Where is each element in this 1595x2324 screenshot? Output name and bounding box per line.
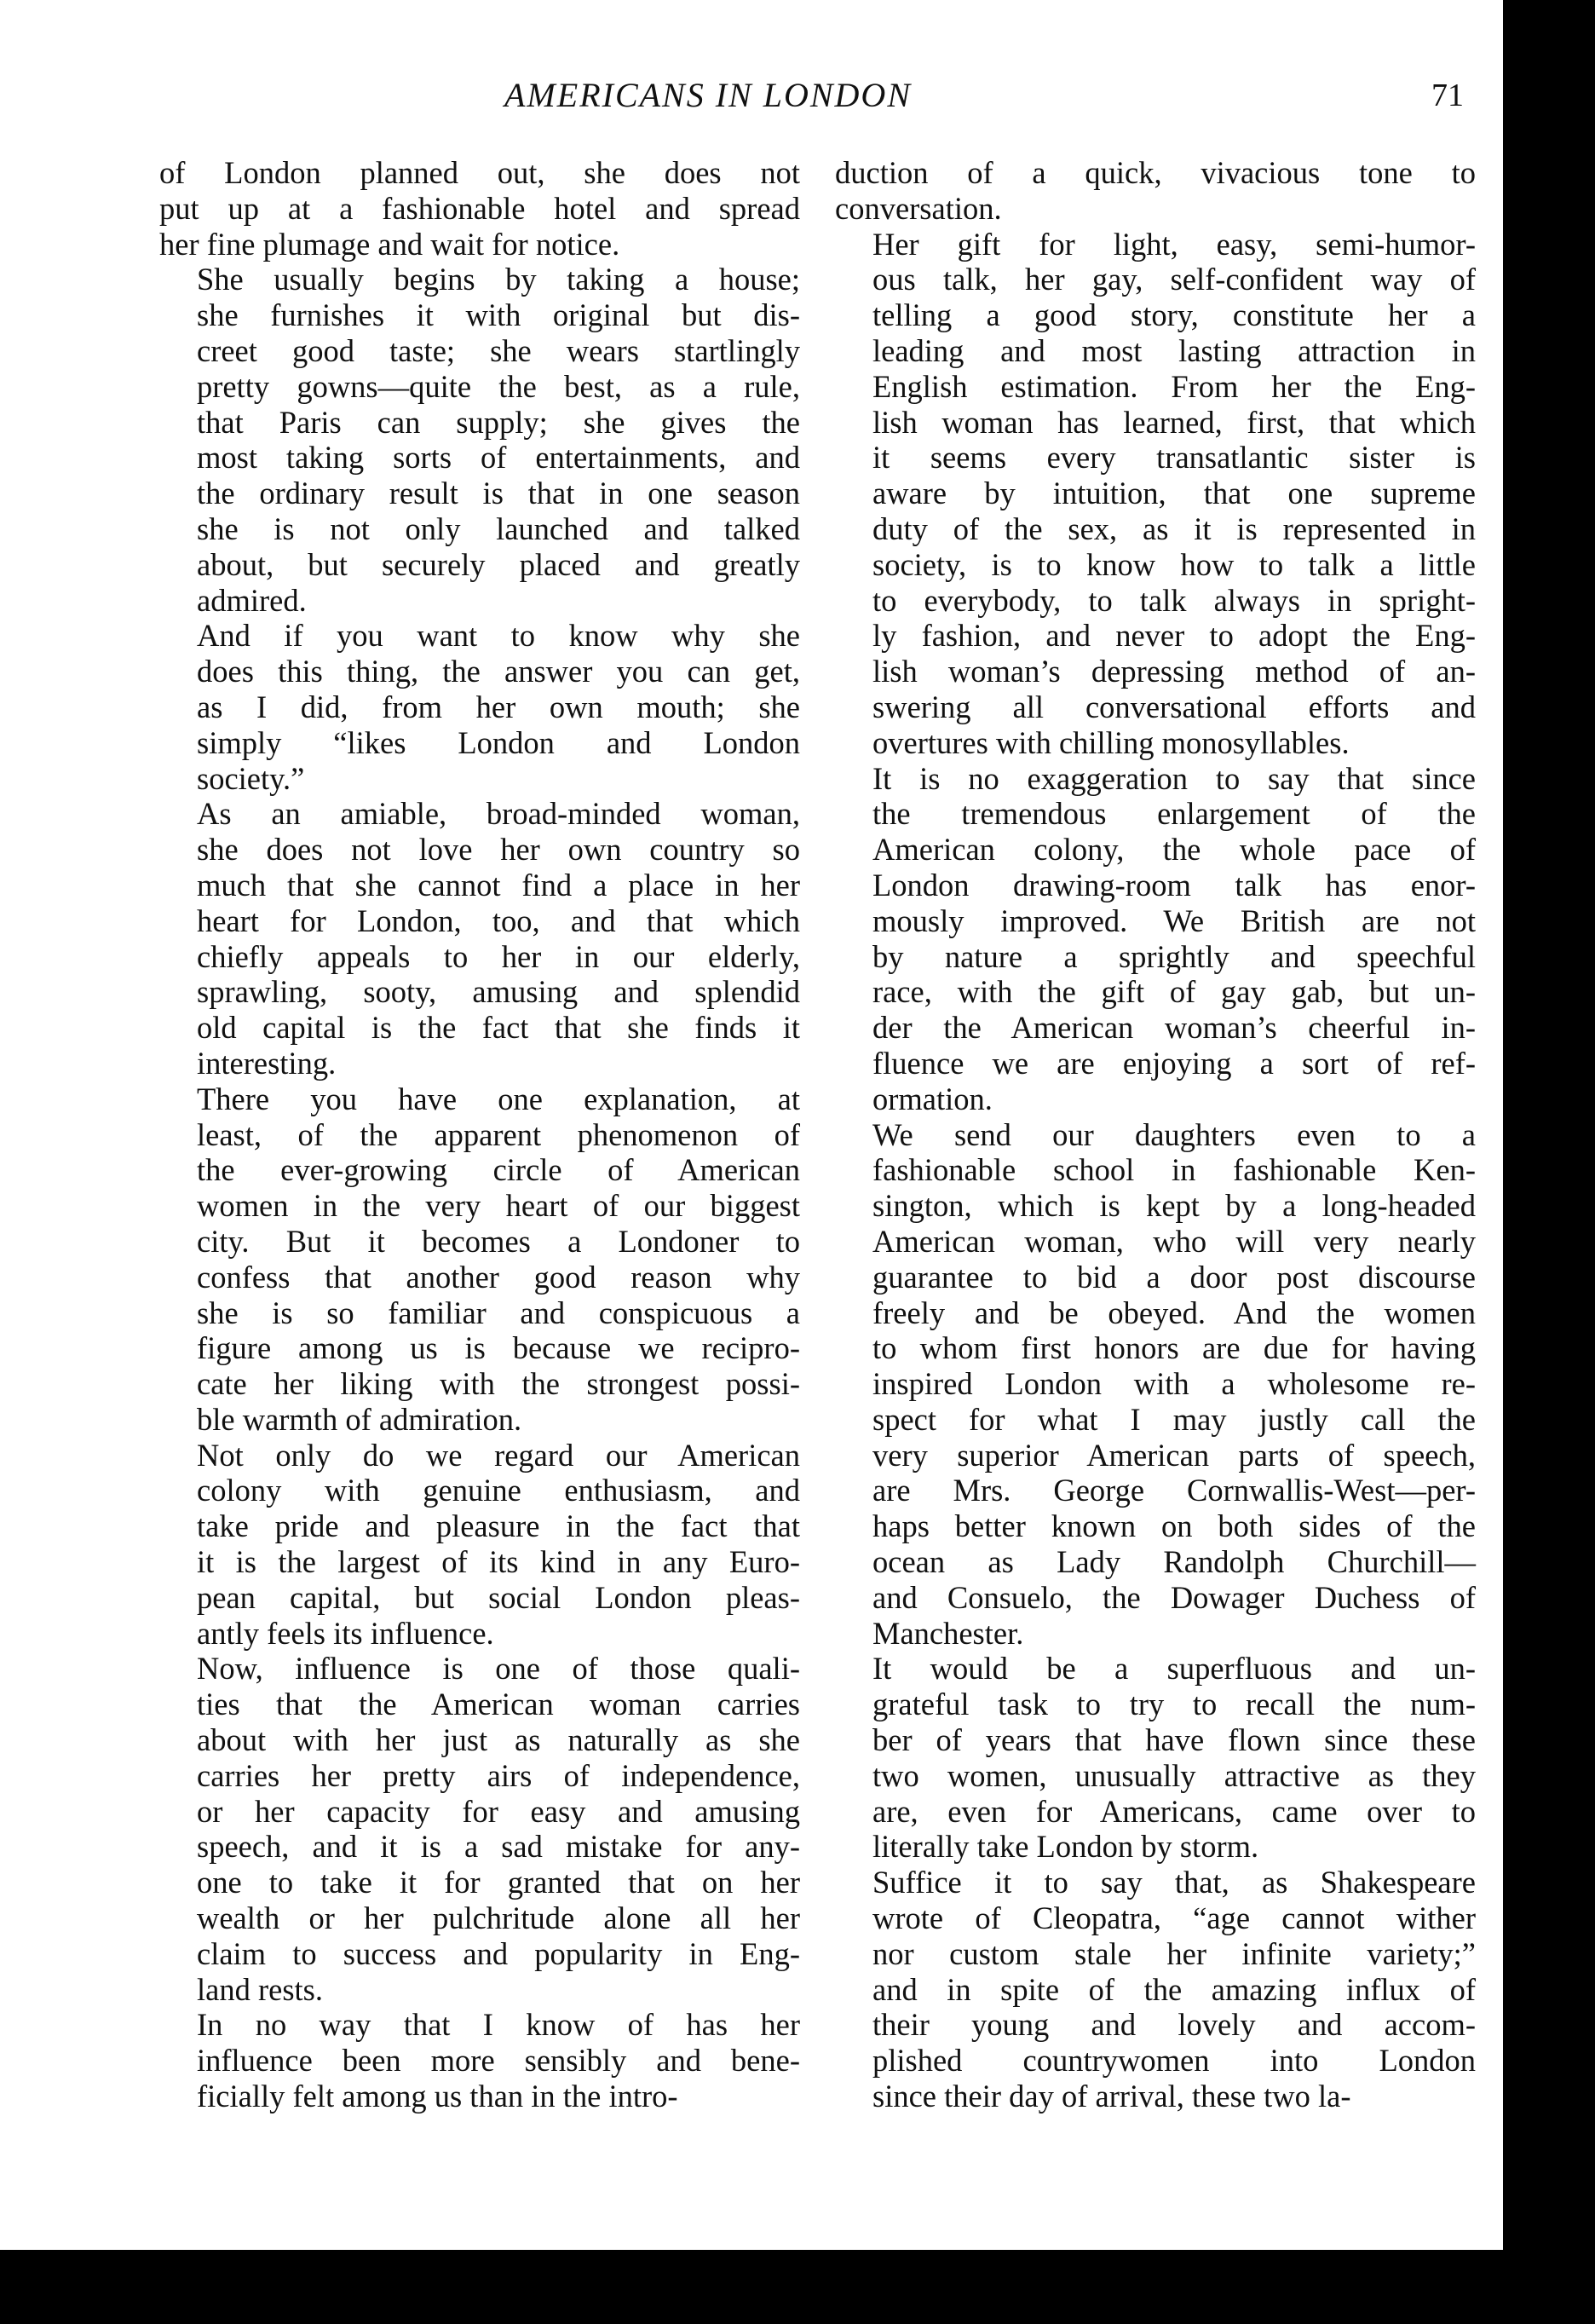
text-line: city. But it becomes a Londoner to <box>159 1224 800 1260</box>
paragraph: Her gift for light, easy, semi-humor-ous… <box>835 227 1476 761</box>
text-line: pretty gowns—quite the best, as a rule, <box>159 369 800 405</box>
text-line: wrote of Cleopatra, “age cannot wither <box>835 1900 1476 1936</box>
paragraph: There you have one explanation, atleast,… <box>159 1081 800 1438</box>
text-line: confess that another good reason why <box>159 1260 800 1295</box>
text-line: freely and be obeyed. And the women <box>835 1295 1476 1331</box>
text-line: much that she cannot find a place in her <box>159 868 800 903</box>
text-line: heart for London, too, and that which <box>159 903 800 939</box>
left-text-column: of London planned out, she does notput u… <box>159 155 800 2114</box>
text-line: very superior American parts of speech, <box>835 1438 1476 1473</box>
text-line: society, is to know how to talk a little <box>835 547 1476 583</box>
text-line: it is the largest of its kind in any Eur… <box>159 1544 800 1580</box>
text-line: take pride and pleasure in the fact that <box>159 1508 800 1544</box>
paragraph: As an amiable, broad-minded woman,she do… <box>159 796 800 1081</box>
text-line: as I did, from her own mouth; she <box>159 689 800 725</box>
page-number: 71 <box>1431 77 1464 114</box>
text-line: chiefly appeals to her in our elderly, <box>159 939 800 975</box>
text-line: English estimation. From her the Eng- <box>835 369 1476 405</box>
text-line: American woman, who will very nearly <box>835 1224 1476 1260</box>
text-line: wealth or her pulchritude alone all her <box>159 1900 800 1936</box>
text-line: ous talk, her gay, self-confident way of <box>835 262 1476 297</box>
paragraph: of London planned out, she does notput u… <box>159 155 800 262</box>
text-line: of London planned out, she does not <box>159 155 800 191</box>
text-line: she is not only launched and talked <box>159 511 800 547</box>
text-line: carries her pretty airs of independence, <box>159 1758 800 1794</box>
text-line: the ordinary result is that in one seaso… <box>159 476 800 511</box>
text-line: to everybody, to talk always in spright- <box>835 583 1476 619</box>
text-line: ber of years that have flown since these <box>835 1722 1476 1758</box>
text-line: There you have one explanation, at <box>159 1081 800 1117</box>
text-line: sprawling, sooty, amusing and splendid <box>159 974 800 1010</box>
text-line: American colony, the whole pace of <box>835 832 1476 868</box>
text-line: lish woman’s depressing method of an- <box>835 654 1476 689</box>
text-line: ties that the American woman carries <box>159 1687 800 1722</box>
text-line: it seems every transatlantic sister is <box>835 440 1476 476</box>
text-line: mously improved. We British are not <box>835 903 1476 939</box>
text-line: Now, influence is one of those quali- <box>159 1651 800 1687</box>
text-line: the ever-growing circle of American <box>159 1152 800 1188</box>
text-line: In no way that I know of has her <box>159 2007 800 2043</box>
text-line: ormation. <box>835 1081 1476 1117</box>
paragraph: In no way that I know of has herinfluenc… <box>159 2007 800 2114</box>
text-line: Manchester. <box>835 1616 1476 1652</box>
text-line: or her capacity for easy and amusing <box>159 1794 800 1830</box>
text-line: about, but securely placed and greatly <box>159 547 800 583</box>
text-line: sington, which is kept by a long-headed <box>835 1188 1476 1224</box>
text-line: plished countrywomen into London <box>835 2043 1476 2079</box>
running-header: AMERICANS IN LONDON 71 <box>0 75 1503 126</box>
paragraph: Not only do we regard our Americancolony… <box>159 1438 800 1652</box>
text-line: telling a good story, constitute her a <box>835 297 1476 333</box>
text-line: about with her just as naturally as she <box>159 1722 800 1758</box>
text-line: claim to success and popularity in Eng- <box>159 1936 800 1972</box>
text-line: does this thing, the answer you can get, <box>159 654 800 689</box>
text-line: Her gift for light, easy, semi-humor- <box>835 227 1476 262</box>
text-line: haps better known on both sides of the <box>835 1508 1476 1544</box>
text-line: fluence we are enjoying a sort of ref- <box>835 1046 1476 1081</box>
text-line: and in spite of the amazing influx of <box>835 1972 1476 2008</box>
text-line: antly feels its influence. <box>159 1616 800 1652</box>
text-line: We send our daughters even to a <box>835 1117 1476 1153</box>
text-line: her fine plumage and wait for notice. <box>159 227 800 262</box>
text-line: most taking sorts of entertainments, and <box>159 440 800 476</box>
paragraph: And if you want to know why shedoes this… <box>159 618 800 796</box>
text-line: spect for what I may justly call the <box>835 1402 1476 1438</box>
text-line: conversation. <box>835 191 1476 227</box>
text-line: influence been more sensibly and bene- <box>159 2043 800 2079</box>
text-line: ocean as Lady Randolph Churchill— <box>835 1544 1476 1580</box>
text-line: swering all conversational efforts and <box>835 689 1476 725</box>
text-line: ficially felt among us than in the intro… <box>159 2079 800 2114</box>
text-line: literally take London by storm. <box>835 1829 1476 1865</box>
text-line: are Mrs. George Cornwallis-West—per- <box>835 1473 1476 1508</box>
text-line: fashionable school in fashionable Ken- <box>835 1152 1476 1188</box>
text-line: aware by intuition, that one supreme <box>835 476 1476 511</box>
text-line: land rests. <box>159 1972 800 2008</box>
text-line: As an amiable, broad-minded woman, <box>159 796 800 832</box>
text-line: are, even for Americans, came over to <box>835 1794 1476 1830</box>
paragraph: It is no exaggeration to say that sincet… <box>835 761 1476 1117</box>
text-line: nor custom stale her infinite variety;” <box>835 1936 1476 1972</box>
right-text-column: duction of a quick, vivacious tone tocon… <box>835 155 1476 2114</box>
paragraph: We send our daughters even to afashionab… <box>835 1117 1476 1652</box>
text-line: And if you want to know why she <box>159 618 800 654</box>
text-line: she does not love her own country so <box>159 832 800 868</box>
text-line: ly fashion, and never to adopt the Eng- <box>835 618 1476 654</box>
paragraph: Now, influence is one of those quali-tie… <box>159 1651 800 2007</box>
text-line: grateful task to try to recall the num- <box>835 1687 1476 1722</box>
text-line: figure among us is because we recipro- <box>159 1330 800 1366</box>
text-line: lish woman has learned, first, that whic… <box>835 405 1476 441</box>
book-page: AMERICANS IN LONDON 71 of London planned… <box>0 0 1503 2250</box>
text-line: It would be a superfluous and un- <box>835 1651 1476 1687</box>
text-line: der the American woman’s cheerful in- <box>835 1010 1476 1046</box>
text-line: creet good taste; she wears startlingly <box>159 333 800 369</box>
text-line: overtures with chilling monosyllables. <box>835 725 1476 761</box>
text-line: put up at a fashionable hotel and spread <box>159 191 800 227</box>
text-line: least, of the apparent phenomenon of <box>159 1117 800 1153</box>
scan-border-right <box>1503 0 1595 2324</box>
text-line: guarantee to bid a door post discourse <box>835 1260 1476 1295</box>
text-line: pean capital, but social London pleas- <box>159 1580 800 1616</box>
text-line: to whom first honors are due for having <box>835 1330 1476 1366</box>
text-line: by nature a sprightly and speechful <box>835 939 1476 975</box>
text-line: since their day of arrival, these two la… <box>835 2079 1476 2114</box>
text-line: inspired London with a wholesome re- <box>835 1366 1476 1402</box>
text-line: duction of a quick, vivacious tone to <box>835 155 1476 191</box>
text-line: duty of the sex, as it is represented in <box>835 511 1476 547</box>
text-line: two women, unusually attractive as they <box>835 1758 1476 1794</box>
text-line: London drawing-room talk has enor- <box>835 868 1476 903</box>
text-line: society.” <box>159 761 800 797</box>
text-line: and Consuelo, the Dowager Duchess of <box>835 1580 1476 1616</box>
paragraph: Suffice it to say that, as Shakespearewr… <box>835 1865 1476 2114</box>
text-line: cate her liking with the strongest possi… <box>159 1366 800 1402</box>
paragraph: duction of a quick, vivacious tone tocon… <box>835 155 1476 227</box>
text-line: one to take it for granted that on her <box>159 1865 800 1900</box>
text-line: She usually begins by taking a house; <box>159 262 800 297</box>
text-line: ble warmth of admiration. <box>159 1402 800 1438</box>
text-line: that Paris can supply; she gives the <box>159 405 800 441</box>
paragraph: It would be a superfluous and un-gratefu… <box>835 1651 1476 1865</box>
text-line: colony with genuine enthusiasm, and <box>159 1473 800 1508</box>
text-line: their young and lovely and accom- <box>835 2007 1476 2043</box>
text-line: women in the very heart of our biggest <box>159 1188 800 1224</box>
paragraph: She usually begins by taking a house;she… <box>159 262 800 618</box>
text-line: It is no exaggeration to say that since <box>835 761 1476 797</box>
text-line: Not only do we regard our American <box>159 1438 800 1473</box>
scan-border-bottom <box>0 2250 1595 2324</box>
text-line: Suffice it to say that, as Shakespeare <box>835 1865 1476 1900</box>
text-line: she is so familiar and conspicuous a <box>159 1295 800 1331</box>
text-line: old capital is the fact that she finds i… <box>159 1010 800 1046</box>
text-line: race, with the gift of gay gab, but un- <box>835 974 1476 1010</box>
text-line: interesting. <box>159 1046 800 1081</box>
text-line: admired. <box>159 583 800 619</box>
text-line: leading and most lasting attraction in <box>835 333 1476 369</box>
text-line: she furnishes it with original but dis- <box>159 297 800 333</box>
text-line: simply “likes London and London <box>159 725 800 761</box>
text-line: speech, and it is a sad mistake for any- <box>159 1829 800 1865</box>
text-line: the tremendous enlargement of the <box>835 796 1476 832</box>
running-title: AMERICANS IN LONDON <box>504 75 912 115</box>
